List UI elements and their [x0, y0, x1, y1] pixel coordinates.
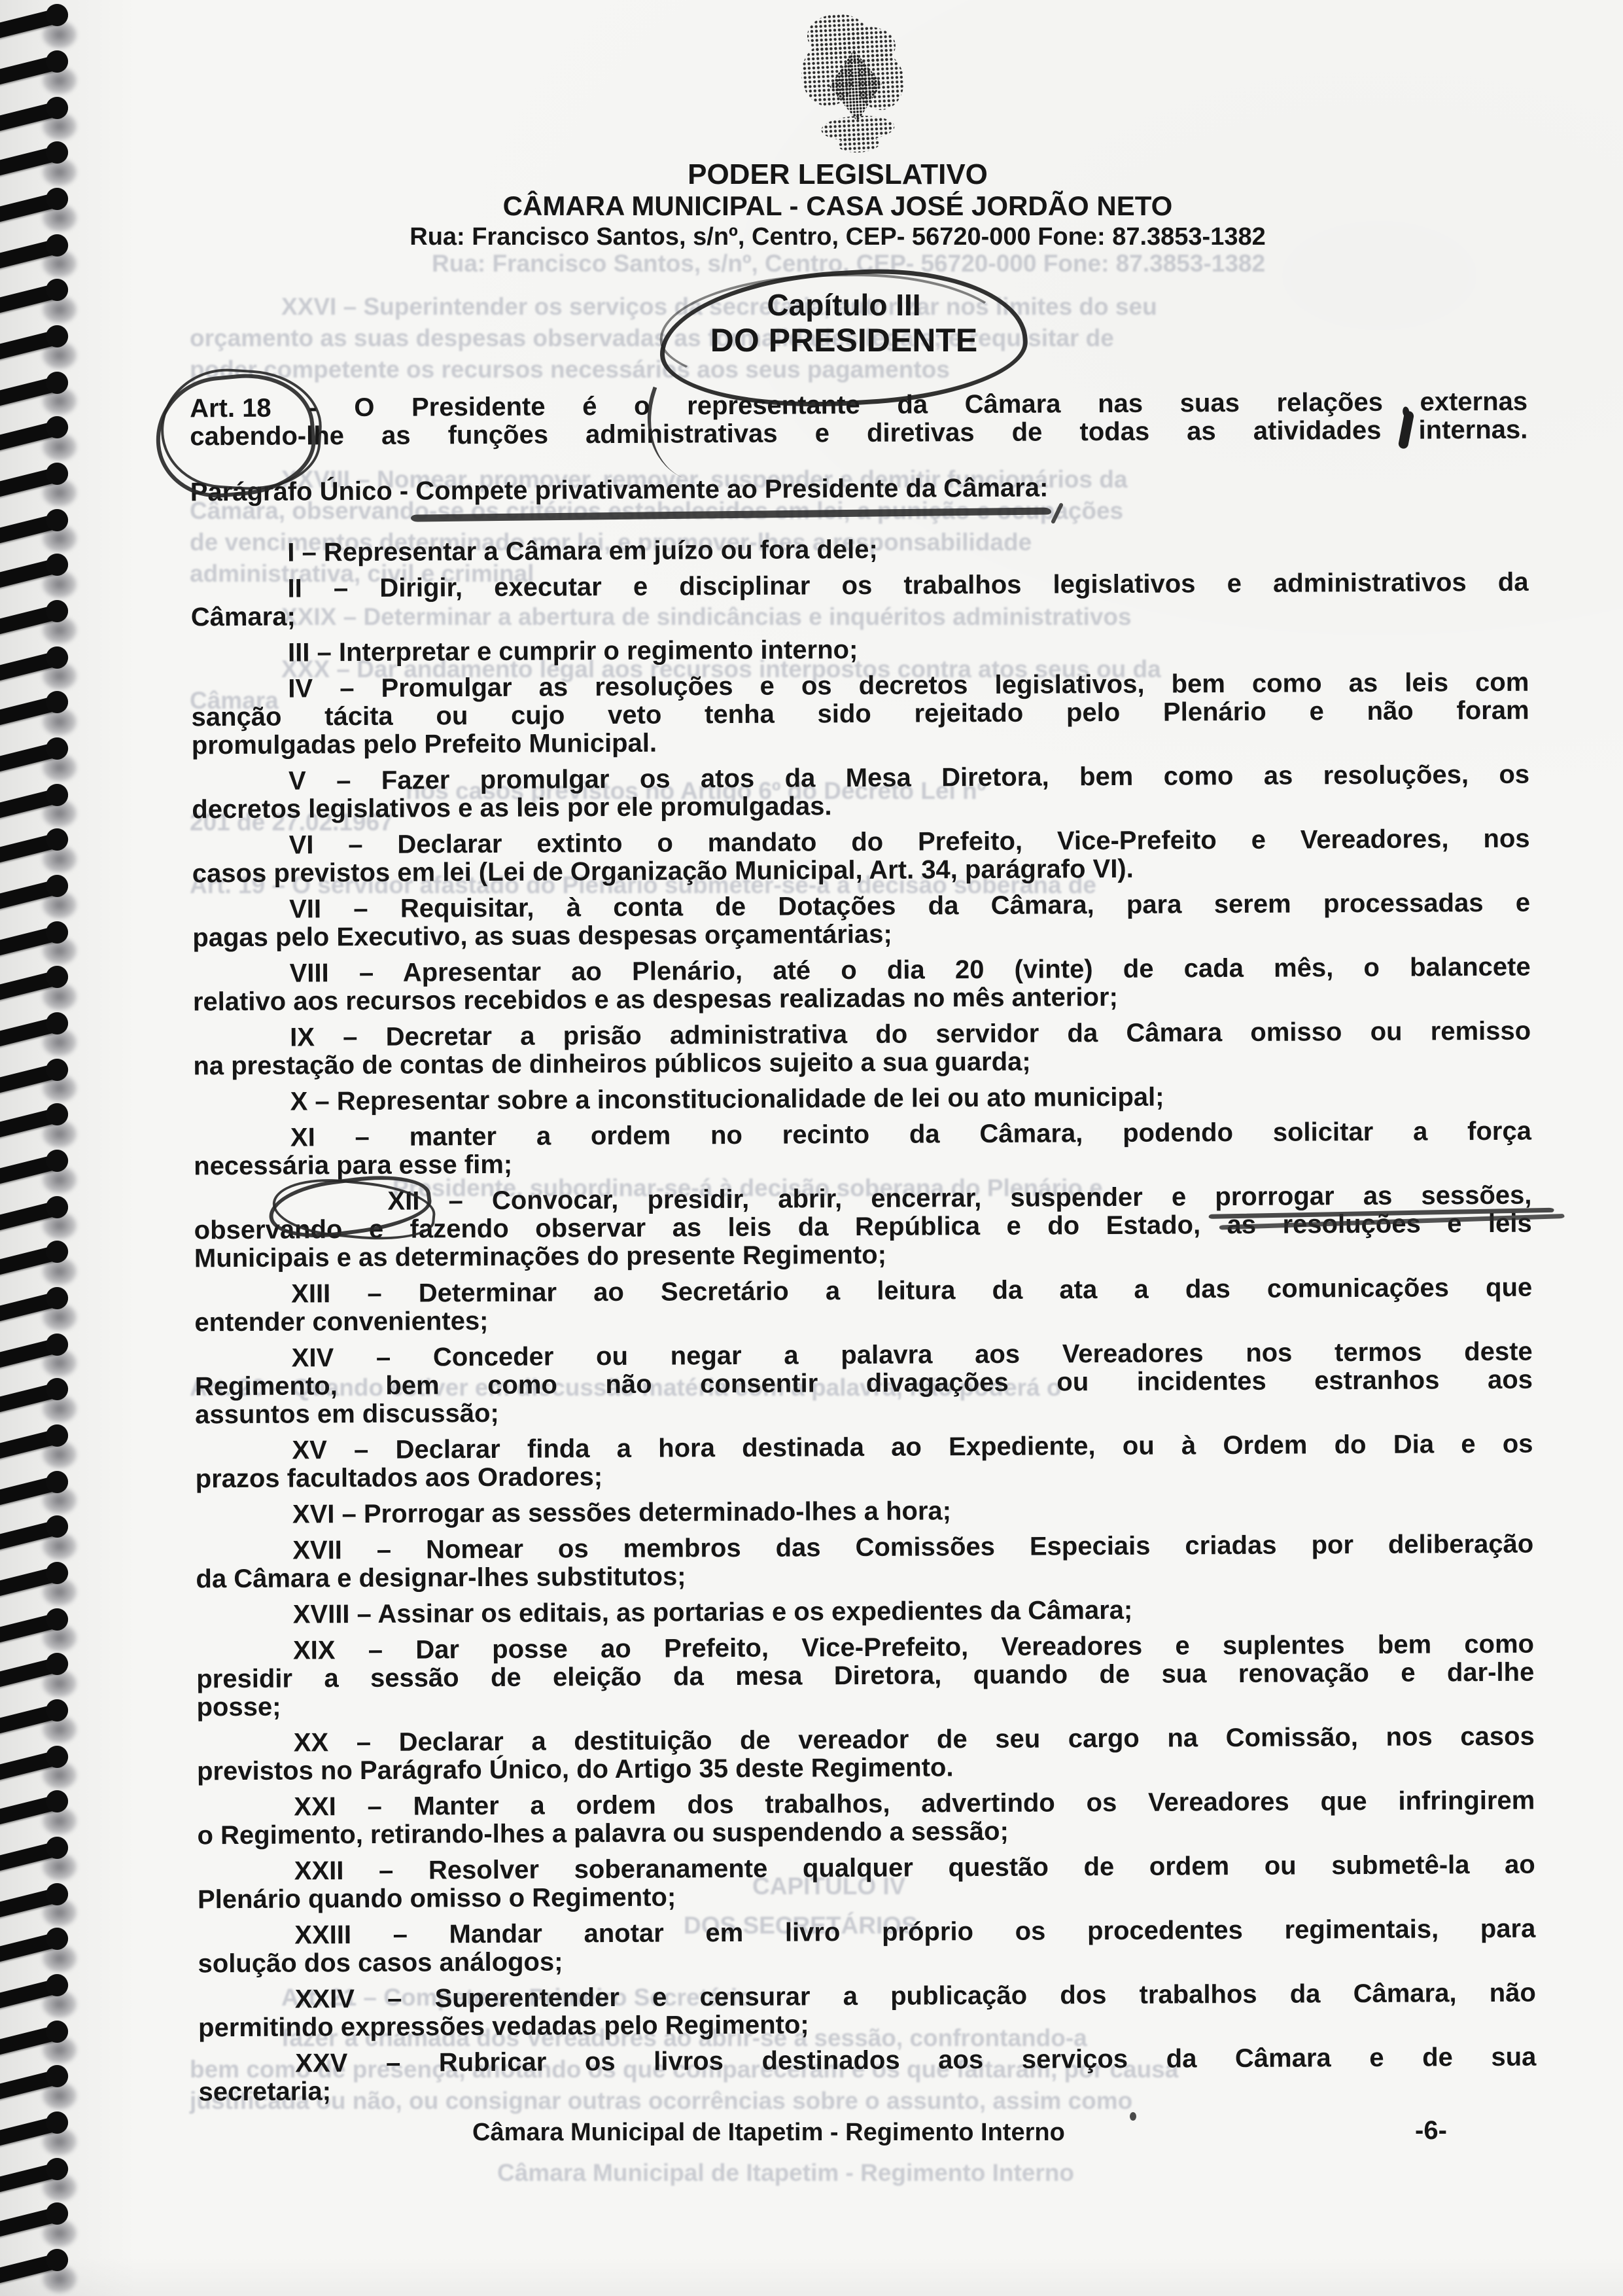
item-XIV: XIV – Conceder ou negar a palavra aos Ve…: [195, 1338, 1533, 1430]
text-line: relativo aos recursos recebidos e as des…: [193, 981, 1531, 1017]
item-XVI: XVI – Prorrogar as sessões determinado-l…: [196, 1494, 1533, 1530]
text-line: X – Representar sobre a inconstitucional…: [194, 1082, 1531, 1117]
text-line: pagas pelo Executivo, as suas despesas o…: [192, 917, 1530, 953]
text-line: necessária para esse fim;: [194, 1146, 1531, 1181]
handwritten-double-underline: prorrogar as sessões,: [1215, 1181, 1531, 1212]
paragrafo-unico: Parágrafo Único - Compete privativamente…: [190, 472, 1528, 507]
item-XI: XI – manter a ordem no recinto da Câmara…: [194, 1118, 1531, 1181]
text-line: III – Interpretar e cumprir o regimento …: [191, 633, 1529, 668]
scanned-document-page: { "document": { "header": { "logo": "mun…: [0, 0, 1623, 2296]
letterhead: PODER LEGISLATIVO CÂMARA MUNICIPAL - CAS…: [98, 159, 1577, 252]
handwritten-circle-art18: Art. 18: [190, 395, 271, 423]
chapter-heading: Capítulo III DO PRESIDENTE: [654, 288, 1034, 359]
letterhead-line2: CÂMARA MUNICIPAL - CASA JOSÉ JORDÃO NETO: [98, 190, 1577, 222]
bleedthrough-line: Rua: Francisco Santos, s/nº, Centro, CEP…: [432, 250, 1265, 277]
text-line: XVIII – Assinar os editais, as portarias…: [196, 1595, 1534, 1630]
item-VII: VII – Requisitar, à conta de Dotações da…: [192, 889, 1530, 953]
item-XIII: XIII – Determinar ao Secretário a leitur…: [194, 1274, 1532, 1337]
item-III: III – Interpretar e cumprir o regimento …: [191, 633, 1529, 668]
item-XII: XII – Convocar, presidir, abrir, encerra…: [194, 1182, 1532, 1273]
item-VIII: VIII – Apresentar ao Plenário, até o dia…: [193, 953, 1531, 1017]
document-body: Art. 18 - O Presidente é o representante…: [190, 388, 1537, 2107]
handwritten-circle-numeral: XII: [290, 1188, 419, 1216]
item-XXV: XXV – Rubricar os livros destinados aos …: [198, 2043, 1536, 2107]
handwritten-underline-pu: Compete privativamente ao Presidente da …: [415, 473, 1048, 505]
text-line: solução dos casos análogos;: [198, 1943, 1535, 1979]
text-line: cabendo-lhe as funções administrativas e…: [190, 416, 1527, 451]
crest-icon: [799, 9, 916, 161]
item-XVIII: XVIII – Assinar os editais, as portarias…: [196, 1595, 1534, 1630]
text-line: previstos no Parágrafo Único, do Artigo …: [197, 1751, 1535, 1786]
text-line: assuntos em discussão;: [195, 1394, 1533, 1430]
footer-dot-mark: [1130, 2112, 1136, 2121]
text-line: o Regimento, retirando-lhes a palavra ou…: [197, 1815, 1535, 1850]
text-line: XVI – Prorrogar as sessões determinado-l…: [196, 1494, 1533, 1530]
text-line: da Câmara e designar-lhes substitutos;: [196, 1559, 1533, 1594]
item-IV: IV – Promulgar as resoluções e os decret…: [191, 669, 1529, 760]
article-18: Art. 18 - O Presidente é o representante…: [190, 388, 1527, 451]
text-line: decretos legislativos e as leis por ele …: [192, 789, 1529, 824]
text-line: entender convenientes;: [194, 1302, 1532, 1337]
item-XXIV: XXIV – Superentender e censurar a public…: [198, 1979, 1536, 2043]
spiral-binding: [0, 0, 98, 2296]
item-XX: XX – Declarar a destituição de vereador …: [197, 1723, 1535, 1786]
item-XXIII: XXIII – Mandar anotar em livro próprio o…: [198, 1915, 1535, 1979]
item-II: II – Dirigir, executar e disciplinar os …: [190, 569, 1528, 632]
bleedthrough-line: poder competente os recursos necessários…: [190, 356, 950, 383]
item-V: V – Fazer promulgar os atos da Mesa Dire…: [192, 761, 1529, 824]
paragrafo-unico-label: Parágrafo Único -: [190, 477, 409, 507]
item-X: X – Representar sobre a inconstitucional…: [194, 1082, 1531, 1117]
item-XIX: XIX – Dar posse ao Prefeito, Vice-Prefei…: [196, 1631, 1535, 1722]
chapter-subtitle: DO PRESIDENTE: [654, 322, 1034, 359]
municipal-crest-logo: [799, 9, 916, 161]
text-line: prazos facultados aos Oradores;: [196, 1458, 1533, 1494]
text-line: na prestação de contas de dinheiros públ…: [193, 1046, 1531, 1081]
letterhead-line1: PODER LEGISLATIVO: [98, 159, 1577, 190]
letterhead-address: Rua: Francisco Santos, s/nº, Centro, CEP…: [98, 222, 1577, 252]
text-line: promulgadas pelo Prefeito Municipal.: [192, 725, 1529, 760]
page-number: -6-: [1415, 2116, 1447, 2146]
item-IX: IX – Decretar a prisão administrativa do…: [193, 1017, 1531, 1081]
item-list: I – Representar a Câmara em juízo ou for…: [190, 533, 1537, 2107]
footer-title: Câmara Municipal de Itapetim - Regimento…: [472, 2119, 1065, 2147]
item-XVII: XVII – Nomear os membros das Comissões E…: [196, 1530, 1533, 1594]
text-line: Parágrafo Único - Compete privativamente…: [190, 472, 1528, 507]
item-XXI: XXI – Manter a ordem dos trabalhos, adve…: [197, 1787, 1535, 1850]
article-18-marker: Art. 18: [190, 394, 271, 423]
text-line: I – Representar a Câmara em juízo ou for…: [190, 533, 1528, 568]
item-VI: VI – Declarar extinto o mandato do Prefe…: [192, 825, 1530, 889]
item-XXII: XXII – Resolver soberanamente qualquer q…: [198, 1851, 1535, 1915]
text-line: casos previstos em lei (Lei de Organizaç…: [192, 853, 1530, 889]
text-line: permitindo expressões vedadas pelo Regim…: [198, 2007, 1536, 2043]
item-I: I – Representar a Câmara em juízo ou for…: [190, 533, 1528, 568]
item-XV: XV – Declarar finda a hora destinada ao …: [195, 1430, 1533, 1494]
chapter-title: Capítulo III: [654, 288, 1034, 322]
text-line: Plenário quando omisso o Regimento;: [198, 1879, 1535, 1915]
bleedthrough-line: Câmara Municipal de Itapetim - Regimento…: [497, 2159, 1074, 2187]
text-line: Municipais e as determinações do present…: [194, 1238, 1532, 1273]
